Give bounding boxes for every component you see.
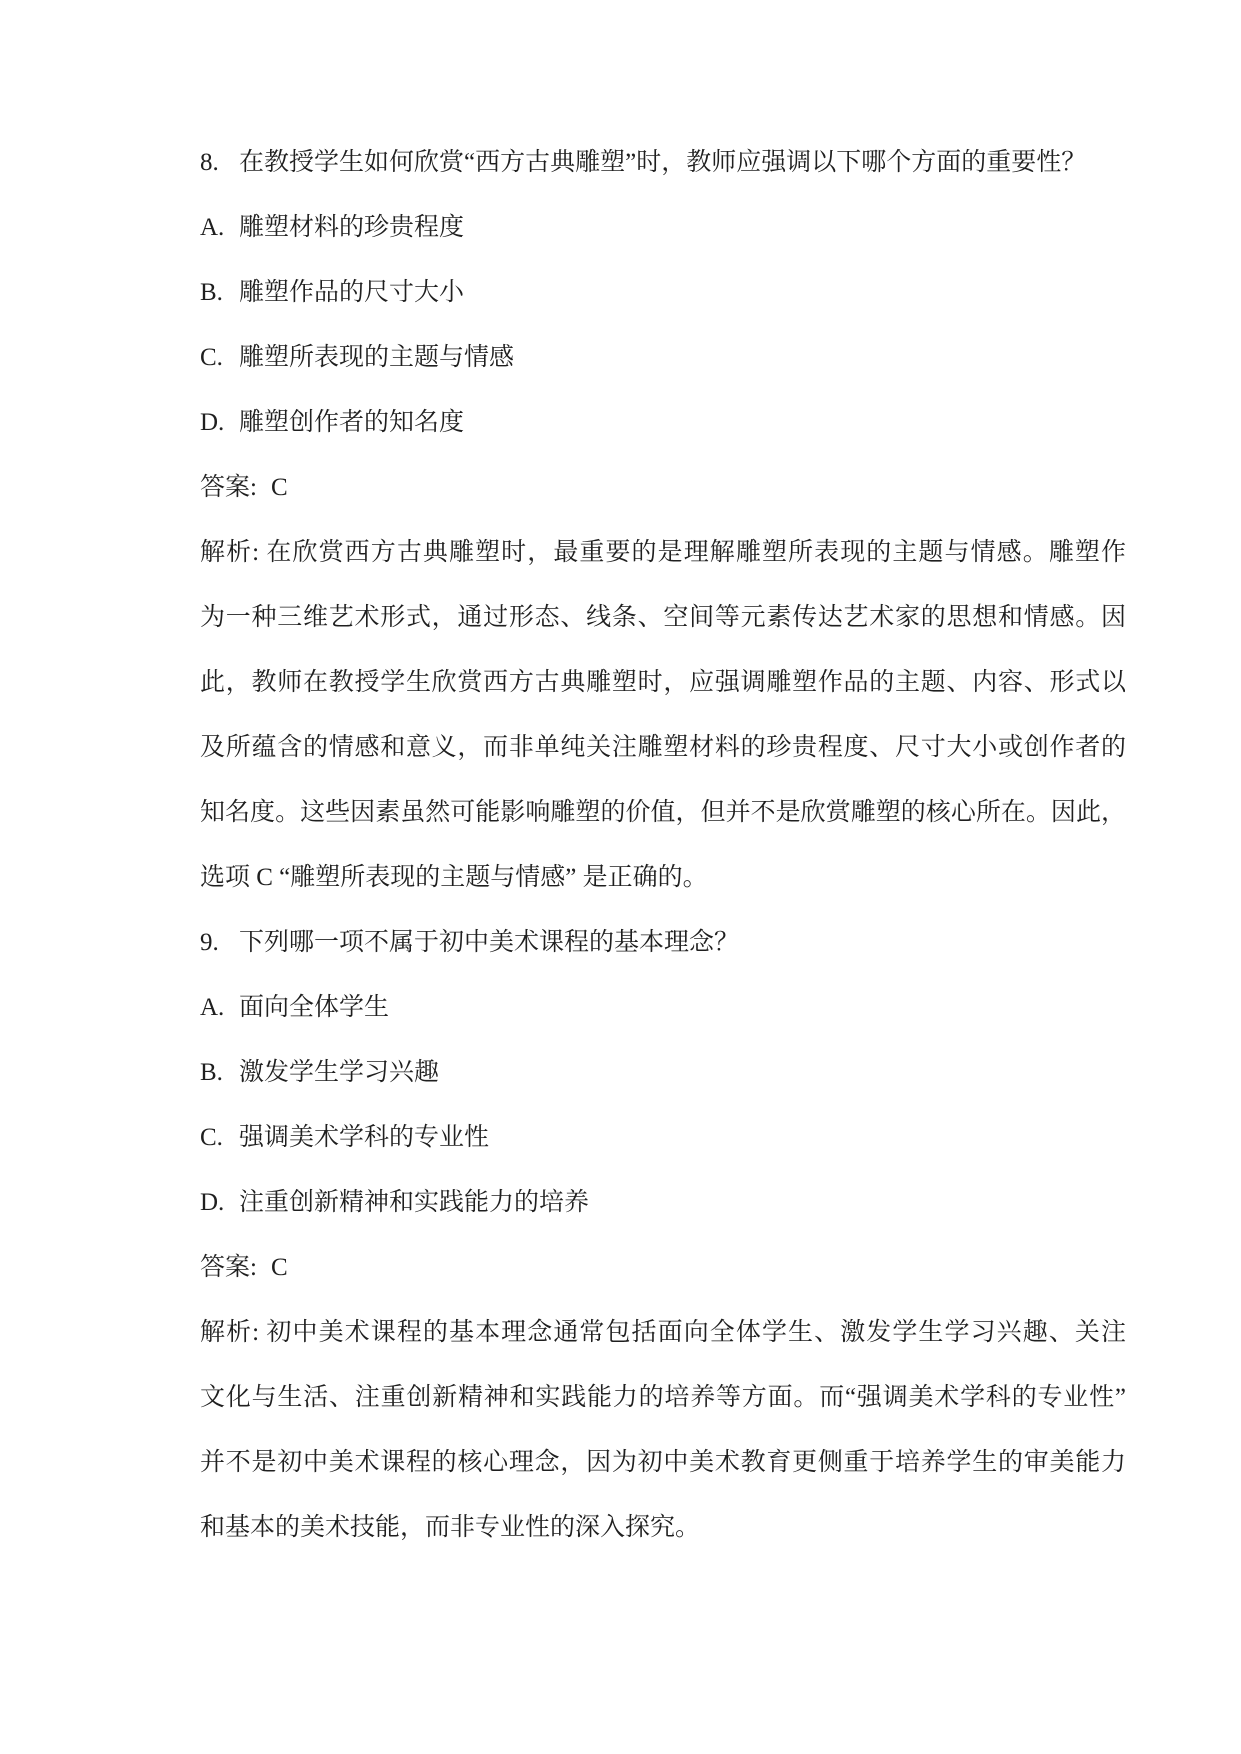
option-label: B. (200, 1040, 239, 1105)
answer-label: 答案: (200, 455, 257, 520)
explanation-line: 解析: 在欣赏西方古典雕塑时，最重要的是理解雕塑所表现的主题与情感。雕塑作 (200, 520, 1126, 585)
answer-value: C (271, 1235, 288, 1300)
explanation-line: 并不是初中美术课程的核心理念，因为初中美术教育更侧重于培养学生的审美能力 (200, 1430, 1126, 1495)
option-text: 雕塑材料的珍贵程度 (239, 214, 464, 241)
option-label: C. (200, 325, 239, 390)
answer-line: 答案:C (200, 455, 1126, 520)
explanation-line: 此，教师在教授学生欣赏西方古典雕塑时，应强调雕塑作品的主题、内容、形式以 (200, 650, 1126, 715)
explanation-line: 选项 C “雕塑所表现的主题与情感” 是正确的。 (200, 845, 1126, 910)
question-block-9: 9.下列哪一项不属于初中美术课程的基本理念？ A.面向全体学生 B.激发学生学习… (200, 910, 1126, 1560)
question-block-8: 8.在教授学生如何欣赏“西方古典雕塑”时，教师应强调以下哪个方面的重要性？ A.… (200, 130, 1126, 910)
option-text: 雕塑创作者的知名度 (239, 409, 464, 436)
explanation-line: 文化与生活、注重创新精神和实践能力的培养等方面。而“强调美术学科的专业性” (200, 1365, 1126, 1430)
option-row: A.雕塑材料的珍贵程度 (200, 195, 1126, 260)
document-page: 8.在教授学生如何欣赏“西方古典雕塑”时，教师应强调以下哪个方面的重要性？ A.… (0, 0, 1241, 1754)
option-label: D. (200, 390, 239, 455)
option-label: B. (200, 260, 239, 325)
option-text: 面向全体学生 (239, 994, 389, 1021)
explanation-line: 解析: 初中美术课程的基本理念通常包括面向全体学生、激发学生学习兴趣、关注 (200, 1300, 1126, 1365)
explanation-line: 和基本的美术技能，而非专业性的深入探究。 (200, 1495, 1126, 1560)
question-number: 9. (200, 910, 239, 975)
option-text: 强调美术学科的专业性 (239, 1124, 489, 1151)
option-label: A. (200, 195, 239, 260)
explanation-line: 及所蕴含的情感和意义，而非单纯关注雕塑材料的珍贵程度、尺寸大小或创作者的 (200, 715, 1126, 780)
option-row: B.激发学生学习兴趣 (200, 1040, 1126, 1105)
answer-line: 答案:C (200, 1235, 1126, 1300)
answer-value: C (271, 455, 288, 520)
question-stem: 下列哪一项不属于初中美术课程的基本理念？ (239, 929, 739, 956)
option-row: D.注重创新精神和实践能力的培养 (200, 1170, 1126, 1235)
option-text: 雕塑所表现的主题与情感 (239, 344, 514, 371)
answer-label: 答案: (200, 1235, 257, 1300)
option-row: C.强调美术学科的专业性 (200, 1105, 1126, 1170)
option-row: B.雕塑作品的尺寸大小 (200, 260, 1126, 325)
question-stem: 在教授学生如何欣赏“西方古典雕塑”时，教师应强调以下哪个方面的重要性？ (239, 149, 1086, 176)
option-label: C. (200, 1105, 239, 1170)
option-label: A. (200, 975, 239, 1040)
question-line: 9.下列哪一项不属于初中美术课程的基本理念？ (200, 910, 1126, 975)
option-text: 雕塑作品的尺寸大小 (239, 279, 464, 306)
explanation-line: 为一种三维艺术形式，通过形态、线条、空间等元素传达艺术家的思想和情感。因 (200, 585, 1126, 650)
option-label: D. (200, 1170, 239, 1235)
option-row: A.面向全体学生 (200, 975, 1126, 1040)
option-text: 激发学生学习兴趣 (239, 1059, 439, 1086)
option-text: 注重创新精神和实践能力的培养 (239, 1189, 589, 1216)
option-row: C.雕塑所表现的主题与情感 (200, 325, 1126, 390)
question-line: 8.在教授学生如何欣赏“西方古典雕塑”时，教师应强调以下哪个方面的重要性？ (200, 130, 1126, 195)
option-row: D.雕塑创作者的知名度 (200, 390, 1126, 455)
explanation-line: 知名度。这些因素虽然可能影响雕塑的价值，但并不是欣赏雕塑的核心所在。因此， (200, 780, 1126, 845)
document-content: 8.在教授学生如何欣赏“西方古典雕塑”时，教师应强调以下哪个方面的重要性？ A.… (200, 130, 1126, 1560)
question-number: 8. (200, 130, 239, 195)
